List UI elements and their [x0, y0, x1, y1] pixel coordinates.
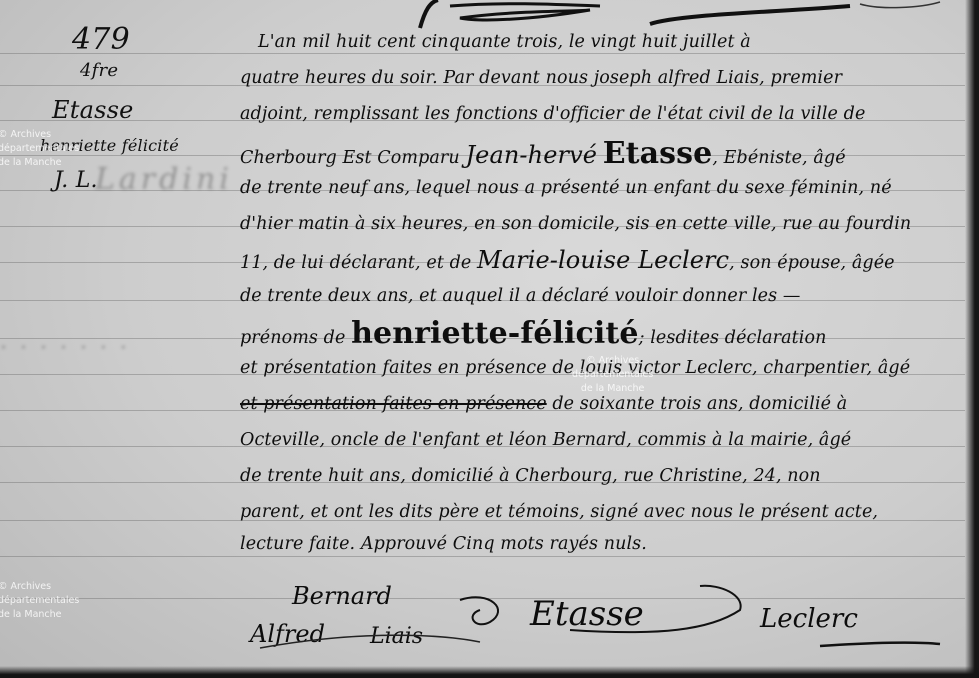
child-given-names: henriette-félicité	[351, 316, 638, 351]
body-line: et présentation faites en présence de so…	[240, 394, 847, 414]
body-line: Octeville, oncle de l'enfant et léon Ber…	[240, 430, 851, 450]
bleed-through-text: · · · · · · ·	[0, 336, 130, 361]
margin-annotations: 479 4fre Etasse henriette félicité J. L.	[20, 18, 230, 218]
watermark-line: départementales	[572, 368, 653, 382]
body-line: L'an mil huit cent cinquante trois, le v…	[258, 32, 751, 52]
entry-number: 479	[72, 22, 130, 57]
ruled-line	[0, 556, 965, 557]
father-occupation: , Ebéniste, âgé	[712, 148, 845, 168]
body-line: lecture faite. Approuvé Cinq mots rayés …	[240, 534, 647, 554]
struck-text: et présentation faites en présence	[240, 394, 547, 414]
watermark-line: départementales	[0, 594, 79, 608]
body-line: d'hier matin à six heures, en son domici…	[240, 214, 911, 234]
body-line: 11, de lui déclarant, et de Marie-louise…	[240, 246, 895, 274]
declaration-text: ; lesdites déclaration	[639, 328, 827, 348]
body-line: adjoint, remplissant les fonctions d'off…	[240, 104, 865, 124]
watermark-line: © Archives	[572, 354, 653, 368]
body-line: parent, et ont les dits père et témoins,…	[240, 502, 878, 522]
flourish-stroke	[380, 0, 970, 30]
scan-edge-bottom	[0, 666, 979, 678]
watermark-line: © Archives	[0, 580, 79, 594]
margin-surname: Etasse	[52, 96, 134, 124]
scan-edge-right	[965, 0, 979, 678]
watermark-line: départementales	[0, 142, 79, 156]
body-line: quatre heures du soir. Par devant nous j…	[240, 68, 842, 88]
body-line-text: Cherbourg Est Comparu	[240, 148, 460, 168]
register-page: Lardini · · · · · · · 479 4fre Etasse he…	[0, 0, 979, 678]
body-line: Cherbourg Est Comparu Jean-hervé Etasse,…	[240, 136, 846, 171]
margin-initials: J. L.	[54, 168, 98, 193]
watermark-line: de la Manche	[572, 382, 653, 396]
archive-watermark: © Archives départementales de la Manche	[572, 354, 653, 396]
father-surname: Etasse	[603, 136, 713, 171]
archive-watermark: © Archives départementales de la Manche	[0, 580, 79, 622]
signature-flourishes	[240, 570, 970, 670]
watermark-line: de la Manche	[0, 156, 79, 170]
watermark-line: © Archives	[0, 128, 79, 142]
body-line-text: de soixante trois ans, domicilié à	[552, 394, 847, 414]
body-line: de trente deux ans, et auquel il a décla…	[240, 286, 800, 306]
mother-name: Marie-louise Leclerc	[477, 246, 729, 274]
archive-watermark: © Archives départementales de la Manche	[0, 128, 79, 170]
mother-description: , son épouse, âgée	[729, 253, 894, 273]
body-line: de trente huit ans, domicilié à Cherbour…	[240, 466, 821, 486]
signature-block: Bernard Alfred Liais Etasse Leclerc	[240, 570, 970, 670]
father-given-name: Jean-hervé	[465, 141, 597, 169]
body-line-text: 11, de lui déclarant, et de	[240, 253, 471, 273]
body-line: de trente neuf ans, lequel nous a présen…	[240, 178, 892, 198]
watermark-line: de la Manche	[0, 608, 79, 622]
body-line: prénoms de henriette-félicité; lesdites …	[240, 316, 827, 351]
margin-subnote: 4fre	[80, 60, 118, 81]
body-line-text: prénoms de	[240, 328, 345, 348]
